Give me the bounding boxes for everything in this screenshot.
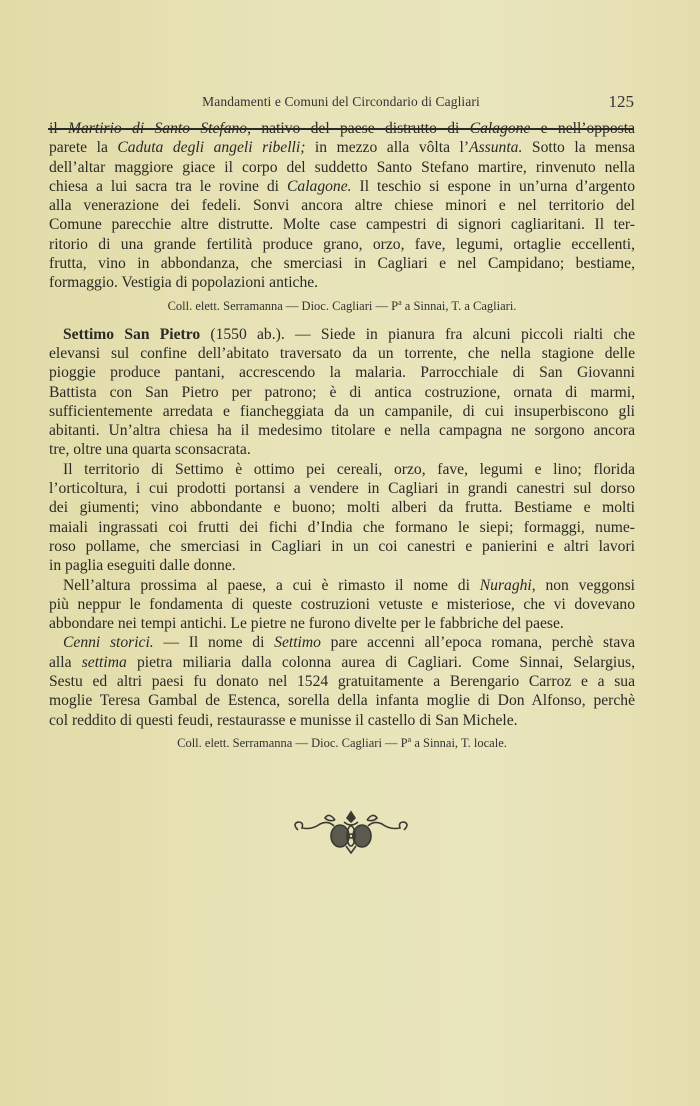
section-gap bbox=[49, 313, 635, 325]
text-line: Cenni storici. — Il nome di Settimo pare… bbox=[49, 633, 635, 652]
running-header: Mandamenti e Comuni del Circondario di C… bbox=[48, 94, 634, 116]
text-line: Comune parecchie altre distrutte. Molte … bbox=[49, 215, 635, 234]
text-line: pioggie produce pantani, accrescendo la … bbox=[49, 363, 635, 382]
page-number: 125 bbox=[609, 92, 635, 112]
printer-ornament-fleuron-icon bbox=[290, 808, 412, 854]
text-line: elevansi sul confine dell’abitato traver… bbox=[49, 344, 635, 363]
text-line: moglie Teresa Gambal de Estenca, sorella… bbox=[49, 691, 635, 710]
text-line: chiesa a lui sacra tra le rovine di Cala… bbox=[49, 177, 635, 196]
text-line: maiali ingrassati coi frutti dei fichi d… bbox=[49, 518, 635, 537]
text-line: col reddito di questi feudi, restaurasse… bbox=[49, 711, 635, 730]
text-line: Settimo San Pietro (1550 ab.). — Siede i… bbox=[49, 325, 635, 344]
text-line: Sestu ed altri paesi fu donato nel 1524 … bbox=[49, 672, 635, 691]
text-line: dei giumenti; vino abbondante e buono; m… bbox=[49, 498, 635, 517]
section-settimo-san-pietro: Settimo San Pietro (1550 ab.). — Siede i… bbox=[49, 325, 635, 730]
text-line: alla venerazione dei fedeli. Sonvi ancor… bbox=[49, 196, 635, 215]
text-line: l’orticoltura, i cui prodotti portansi a… bbox=[49, 479, 635, 498]
text-line: Nell’altura prossima al paese, a cui è r… bbox=[49, 576, 635, 595]
text-line: abitanti. Un’altra chiesa ha il medesimo… bbox=[49, 421, 635, 440]
text-line: ritorio di una grande fertilità produce … bbox=[49, 235, 635, 254]
text-line: parete la Caduta degli angeli ribelli; i… bbox=[49, 138, 635, 157]
text-line: Battista con San Pietro per patrono; è d… bbox=[49, 383, 635, 402]
section-calagone-continuation: il Martirio di Santo Stefano, nativo del… bbox=[49, 119, 635, 293]
text-line: più neppur le fondamenta di queste costr… bbox=[49, 595, 635, 614]
collegio-line-2: Coll. elett. Serramanna — Dioc. Cagliari… bbox=[49, 730, 635, 750]
text-line: frutta, vino in abbondanza, che smercias… bbox=[49, 254, 635, 273]
text-line: tre, oltre una quarta sconsacrata. bbox=[49, 440, 635, 459]
collegio-line-1: Coll. elett. Serramanna — Dioc. Cagliari… bbox=[49, 293, 635, 313]
text-line: in paglia eseguiti dalle donne. bbox=[49, 556, 635, 575]
text-line: dell’altar maggiore giace il corpo del s… bbox=[49, 158, 635, 177]
text-line: sufficientemente arredata e fiancheggiat… bbox=[49, 402, 635, 421]
text-line: abbondare nei tempi antichi. Le pietre n… bbox=[49, 614, 635, 633]
entry-heading: Settimo San Pietro bbox=[63, 326, 200, 343]
page-body: il Martirio di Santo Stefano, nativo del… bbox=[49, 119, 635, 750]
text-line: alla settima pietra miliaria dalla colon… bbox=[49, 653, 635, 672]
text-line: Il territorio di Settimo è ottimo pei ce… bbox=[49, 460, 635, 479]
text-line: il Martirio di Santo Stefano, nativo del… bbox=[49, 119, 635, 138]
text-line: formaggio. Vestigia di popolazioni antic… bbox=[49, 273, 635, 292]
running-title: Mandamenti e Comuni del Circondario di C… bbox=[48, 94, 634, 110]
text-line: roso pollame, che smerciasi in Cagliari … bbox=[49, 537, 635, 556]
